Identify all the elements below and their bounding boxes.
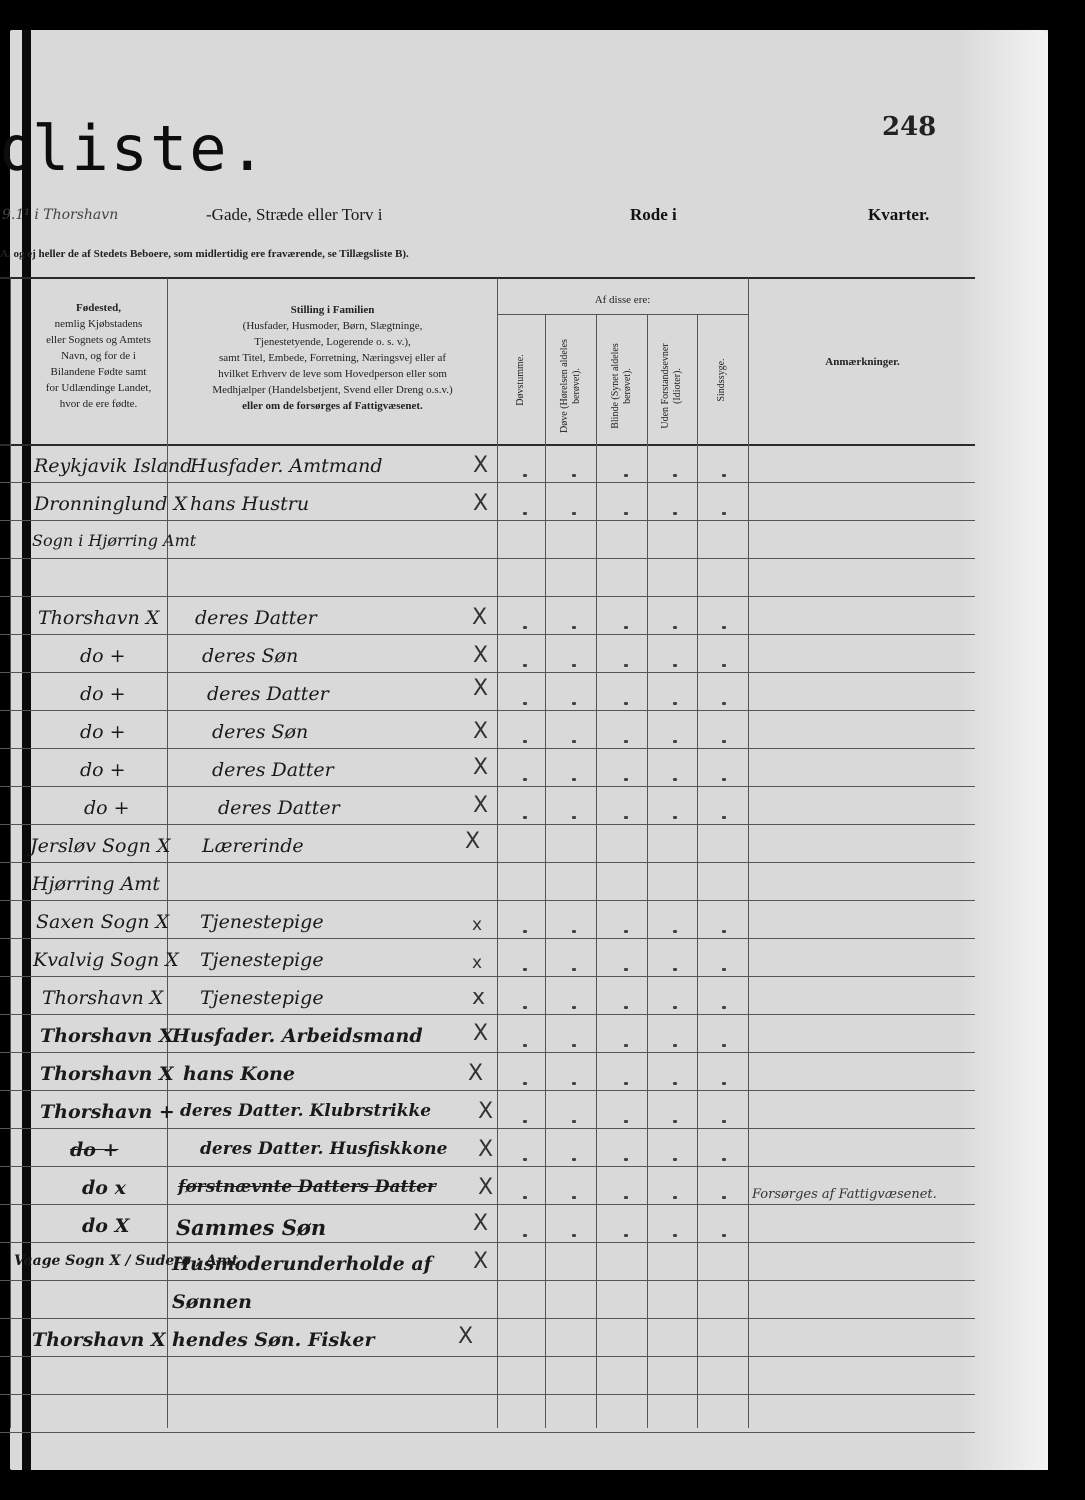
row-rule (0, 1356, 975, 1357)
dash-mark (624, 1044, 628, 1047)
dash-mark (722, 1006, 726, 1009)
fodested-cell: Hjørring Amt (32, 873, 160, 895)
header-fodested: Fødested, nemlig Kjøbstadens eller Sogne… (30, 300, 167, 412)
fodested-cell: Saxen Sogn X (36, 911, 169, 933)
row-mark: X (473, 678, 488, 700)
header-anmaerkninger: Anmærkninger. (750, 354, 975, 370)
stilling-cell: hendes Søn. Fisker (172, 1329, 375, 1351)
page-title: liste. (32, 118, 268, 180)
stilling-cell: deres Datter (195, 607, 317, 629)
stilling-cell: Sammes Søn (176, 1215, 326, 1240)
fodested-cell: Jersløv Sogn X (30, 835, 170, 857)
dash-mark (673, 930, 677, 933)
fodested-cell: Thorshavn X (40, 1025, 174, 1047)
dash-mark (572, 1158, 576, 1161)
row-mark: X (473, 795, 488, 817)
stilling-cell: Tjenestepige (200, 987, 324, 1009)
dash-mark (624, 930, 628, 933)
dash-mark (673, 1158, 677, 1161)
row-rule (0, 1242, 975, 1243)
header-sindssyge: Sindssyge. (716, 320, 728, 440)
dash-mark (523, 968, 527, 971)
stilling-cell: hans Kone (183, 1063, 295, 1085)
dash-mark (572, 1044, 576, 1047)
dash-mark (722, 1082, 726, 1085)
row-rule (0, 482, 975, 483)
row-mark: X (473, 1251, 488, 1273)
row-rule (0, 1432, 975, 1433)
dash-mark (523, 626, 527, 629)
dash-mark (572, 626, 576, 629)
dash-mark (624, 1082, 628, 1085)
fodested-cell: Thorshavn X (32, 1329, 166, 1351)
dash-mark (722, 626, 726, 629)
dash-mark (523, 816, 527, 819)
dash-mark (673, 968, 677, 971)
row-rule (0, 1052, 975, 1053)
dash-mark (673, 778, 677, 781)
stilling-cell: Lærerinde (202, 835, 304, 857)
dash-mark (722, 740, 726, 743)
dash-mark (523, 1044, 527, 1047)
rode-label: Rode i (630, 205, 677, 225)
fodested-cell: Thorshavn X (40, 1063, 174, 1085)
col-line-stilling (497, 278, 498, 1428)
header-uden-forstandsevner: Uden Forstandsevner (Idioter). (660, 326, 684, 446)
header-dove: Døve (Hørelsen aldeles berøvet). (559, 326, 583, 446)
dash-mark (624, 474, 628, 477)
remark-cell: Forsørges af Fattigvæsenet. (752, 1187, 937, 1202)
dash-mark (523, 512, 527, 515)
row-rule (0, 1128, 975, 1129)
kvarter-label: Kvarter. (868, 205, 929, 225)
stilling-cell: hans Hustru (190, 493, 309, 515)
stilling-cell: deres Datter. Klubrstrikke (180, 1101, 431, 1121)
stilling-cell: deres Datter (218, 797, 340, 819)
row-rule (0, 634, 975, 635)
street-label: -Gade, Stræde eller Torv i (206, 205, 382, 225)
dash-mark (722, 968, 726, 971)
dash-mark (572, 702, 576, 705)
fodested-cell: do + (80, 721, 126, 743)
dash-mark (572, 778, 576, 781)
dash-mark (673, 702, 677, 705)
dash-mark (624, 1120, 628, 1123)
row-mark: X (478, 1139, 493, 1161)
row-mark: X (465, 831, 480, 853)
row-rule (0, 748, 975, 749)
row-rule (0, 1280, 975, 1281)
row-mark: X (472, 607, 487, 629)
dash-mark (722, 1158, 726, 1161)
row-mark: X (478, 1101, 493, 1123)
dash-mark (624, 702, 628, 705)
dash-mark (673, 1120, 677, 1123)
dash-mark (523, 1006, 527, 1009)
dash-mark (624, 778, 628, 781)
fodested-cell: Thorshavn X (38, 607, 159, 629)
dash-mark (572, 740, 576, 743)
stilling-cell: deres Datter (207, 683, 329, 705)
header-top-rule (0, 277, 975, 279)
row-rule (0, 862, 975, 863)
dash-mark (624, 1234, 628, 1237)
row-mark: X (473, 1213, 488, 1235)
dash-mark (673, 1044, 677, 1047)
stilling-cell: førstnævnte Datters Datter (178, 1177, 436, 1197)
stilling-cell: Husfader. Arbeidsmand (172, 1025, 423, 1047)
title-fragment: d (0, 118, 22, 180)
dash-mark (624, 626, 628, 629)
dash-mark (673, 740, 677, 743)
dash-mark (624, 512, 628, 515)
row-rule (0, 976, 975, 977)
stilling-cell: deres Søn (212, 721, 308, 743)
dash-mark (722, 512, 726, 515)
dash-mark (572, 1196, 576, 1199)
stilling-cell: Tjenestepige (200, 949, 324, 971)
fodested-cell: Thorshavn X (42, 987, 163, 1009)
dash-mark (523, 474, 527, 477)
dash-mark (673, 816, 677, 819)
dash-mark (673, 512, 677, 515)
row-mark: X (473, 1023, 488, 1045)
dash-mark (673, 474, 677, 477)
header-af-disse-ere: Af disse ere: (497, 292, 748, 308)
row-mark: x (472, 987, 485, 1009)
dash-mark (624, 1196, 628, 1199)
row-mark: X (473, 493, 488, 515)
fodested-cell: Thorshavn + (40, 1101, 175, 1123)
row-rule (0, 1394, 975, 1395)
fodested-cell: do + (80, 683, 126, 705)
fodested-cell: Dronninglund X (34, 493, 187, 515)
dash-mark (624, 816, 628, 819)
row-rule (0, 1166, 975, 1167)
dash-mark (722, 1196, 726, 1199)
fodested-cell: do + (80, 759, 126, 781)
row-mark: X (478, 1177, 493, 1199)
row-mark: x (472, 955, 482, 972)
dash-mark (523, 778, 527, 781)
dash-mark (624, 1006, 628, 1009)
row-rule (0, 710, 975, 711)
dash-mark (572, 664, 576, 667)
stilling-cell: Tjenestepige (200, 911, 324, 933)
col-line-5 (748, 278, 749, 1428)
row-mark: X (468, 1063, 483, 1085)
left-strip-line (10, 278, 11, 1428)
row-rule (0, 596, 975, 597)
fodested-cell: do x (82, 1177, 126, 1199)
row-rule (0, 786, 975, 787)
dash-mark (673, 1082, 677, 1085)
row-rule (0, 1090, 975, 1091)
stilling-cell: Sønnen (172, 1291, 252, 1313)
dash-mark (673, 626, 677, 629)
fodested-cell: do + (80, 645, 126, 667)
row-mark: X (458, 1326, 473, 1348)
stilling-cell: Husfader. Amtmand (190, 455, 383, 477)
header-stilling: Stilling i Familien (Husfader, Husmoder,… (170, 302, 495, 414)
row-rule (0, 1204, 975, 1205)
row-mark: x (472, 917, 482, 934)
fodested-cell: do + (84, 797, 130, 819)
dash-mark (624, 740, 628, 743)
dash-mark (673, 1234, 677, 1237)
dash-mark (722, 778, 726, 781)
dash-mark (722, 1234, 726, 1237)
dash-mark (722, 664, 726, 667)
street-handwritten: 9.1¹ i Thorshavn (2, 207, 118, 223)
dash-mark (572, 968, 576, 971)
dash-mark (523, 1120, 527, 1123)
dash-mark (572, 1234, 576, 1237)
row-rule (0, 938, 975, 939)
dash-mark (722, 474, 726, 477)
dash-mark (624, 1158, 628, 1161)
dash-mark (572, 816, 576, 819)
dash-mark (523, 1082, 527, 1085)
row-rule (0, 1014, 975, 1015)
dash-mark (523, 664, 527, 667)
dash-mark (624, 664, 628, 667)
row-rule (0, 672, 975, 673)
row-rule (0, 824, 975, 825)
dash-mark (523, 930, 527, 933)
dash-mark (572, 512, 576, 515)
stilling-cell: deres Søn (202, 645, 298, 667)
page-edge-shading (958, 30, 1048, 1470)
page-number: 248 (882, 112, 936, 142)
row-rule (0, 520, 975, 521)
dash-mark (624, 968, 628, 971)
dash-mark (722, 1120, 726, 1123)
dash-mark (523, 1234, 527, 1237)
dash-mark (523, 702, 527, 705)
dash-mark (572, 474, 576, 477)
row-rule (0, 1318, 975, 1319)
fodested-cell: do X (82, 1215, 129, 1237)
header-blinde: Blinde (Synet aldeles berøvet). (610, 326, 634, 446)
dash-mark (722, 930, 726, 933)
stilling-cell: Husmoderunderholde af (172, 1253, 432, 1275)
dash-mark (673, 664, 677, 667)
row-rule (0, 558, 975, 559)
fodested-cell: Kvalvig Sogn X (33, 949, 179, 971)
dash-mark (673, 1196, 677, 1199)
dash-mark (722, 702, 726, 705)
dash-mark (523, 1196, 527, 1199)
af-disse-rule (497, 314, 748, 315)
row-mark: X (473, 721, 488, 743)
dash-mark (722, 1044, 726, 1047)
fodested-cell: Sogn i Hjørring Amt (32, 531, 196, 550)
fodested-cell: Reykjavik Island (34, 455, 192, 477)
dash-mark (722, 816, 726, 819)
header-dovstumme: Døvstumme. (515, 320, 527, 440)
row-mark: X (473, 455, 488, 477)
header-bottom-rule (0, 444, 975, 446)
dash-mark (673, 1006, 677, 1009)
fodested-cell: do + (70, 1139, 119, 1161)
instruction-line: A. og ej heller de af Stedets Beboere, s… (0, 248, 409, 260)
dash-mark (523, 740, 527, 743)
row-rule (0, 900, 975, 901)
dash-mark (523, 1158, 527, 1161)
dash-mark (572, 1006, 576, 1009)
stilling-cell: deres Datter (212, 759, 334, 781)
row-mark: X (473, 757, 488, 779)
dash-mark (572, 1120, 576, 1123)
row-mark: X (473, 645, 488, 667)
stilling-cell: deres Datter. Husfiskkone (200, 1139, 447, 1159)
dash-mark (572, 930, 576, 933)
dash-mark (572, 1082, 576, 1085)
